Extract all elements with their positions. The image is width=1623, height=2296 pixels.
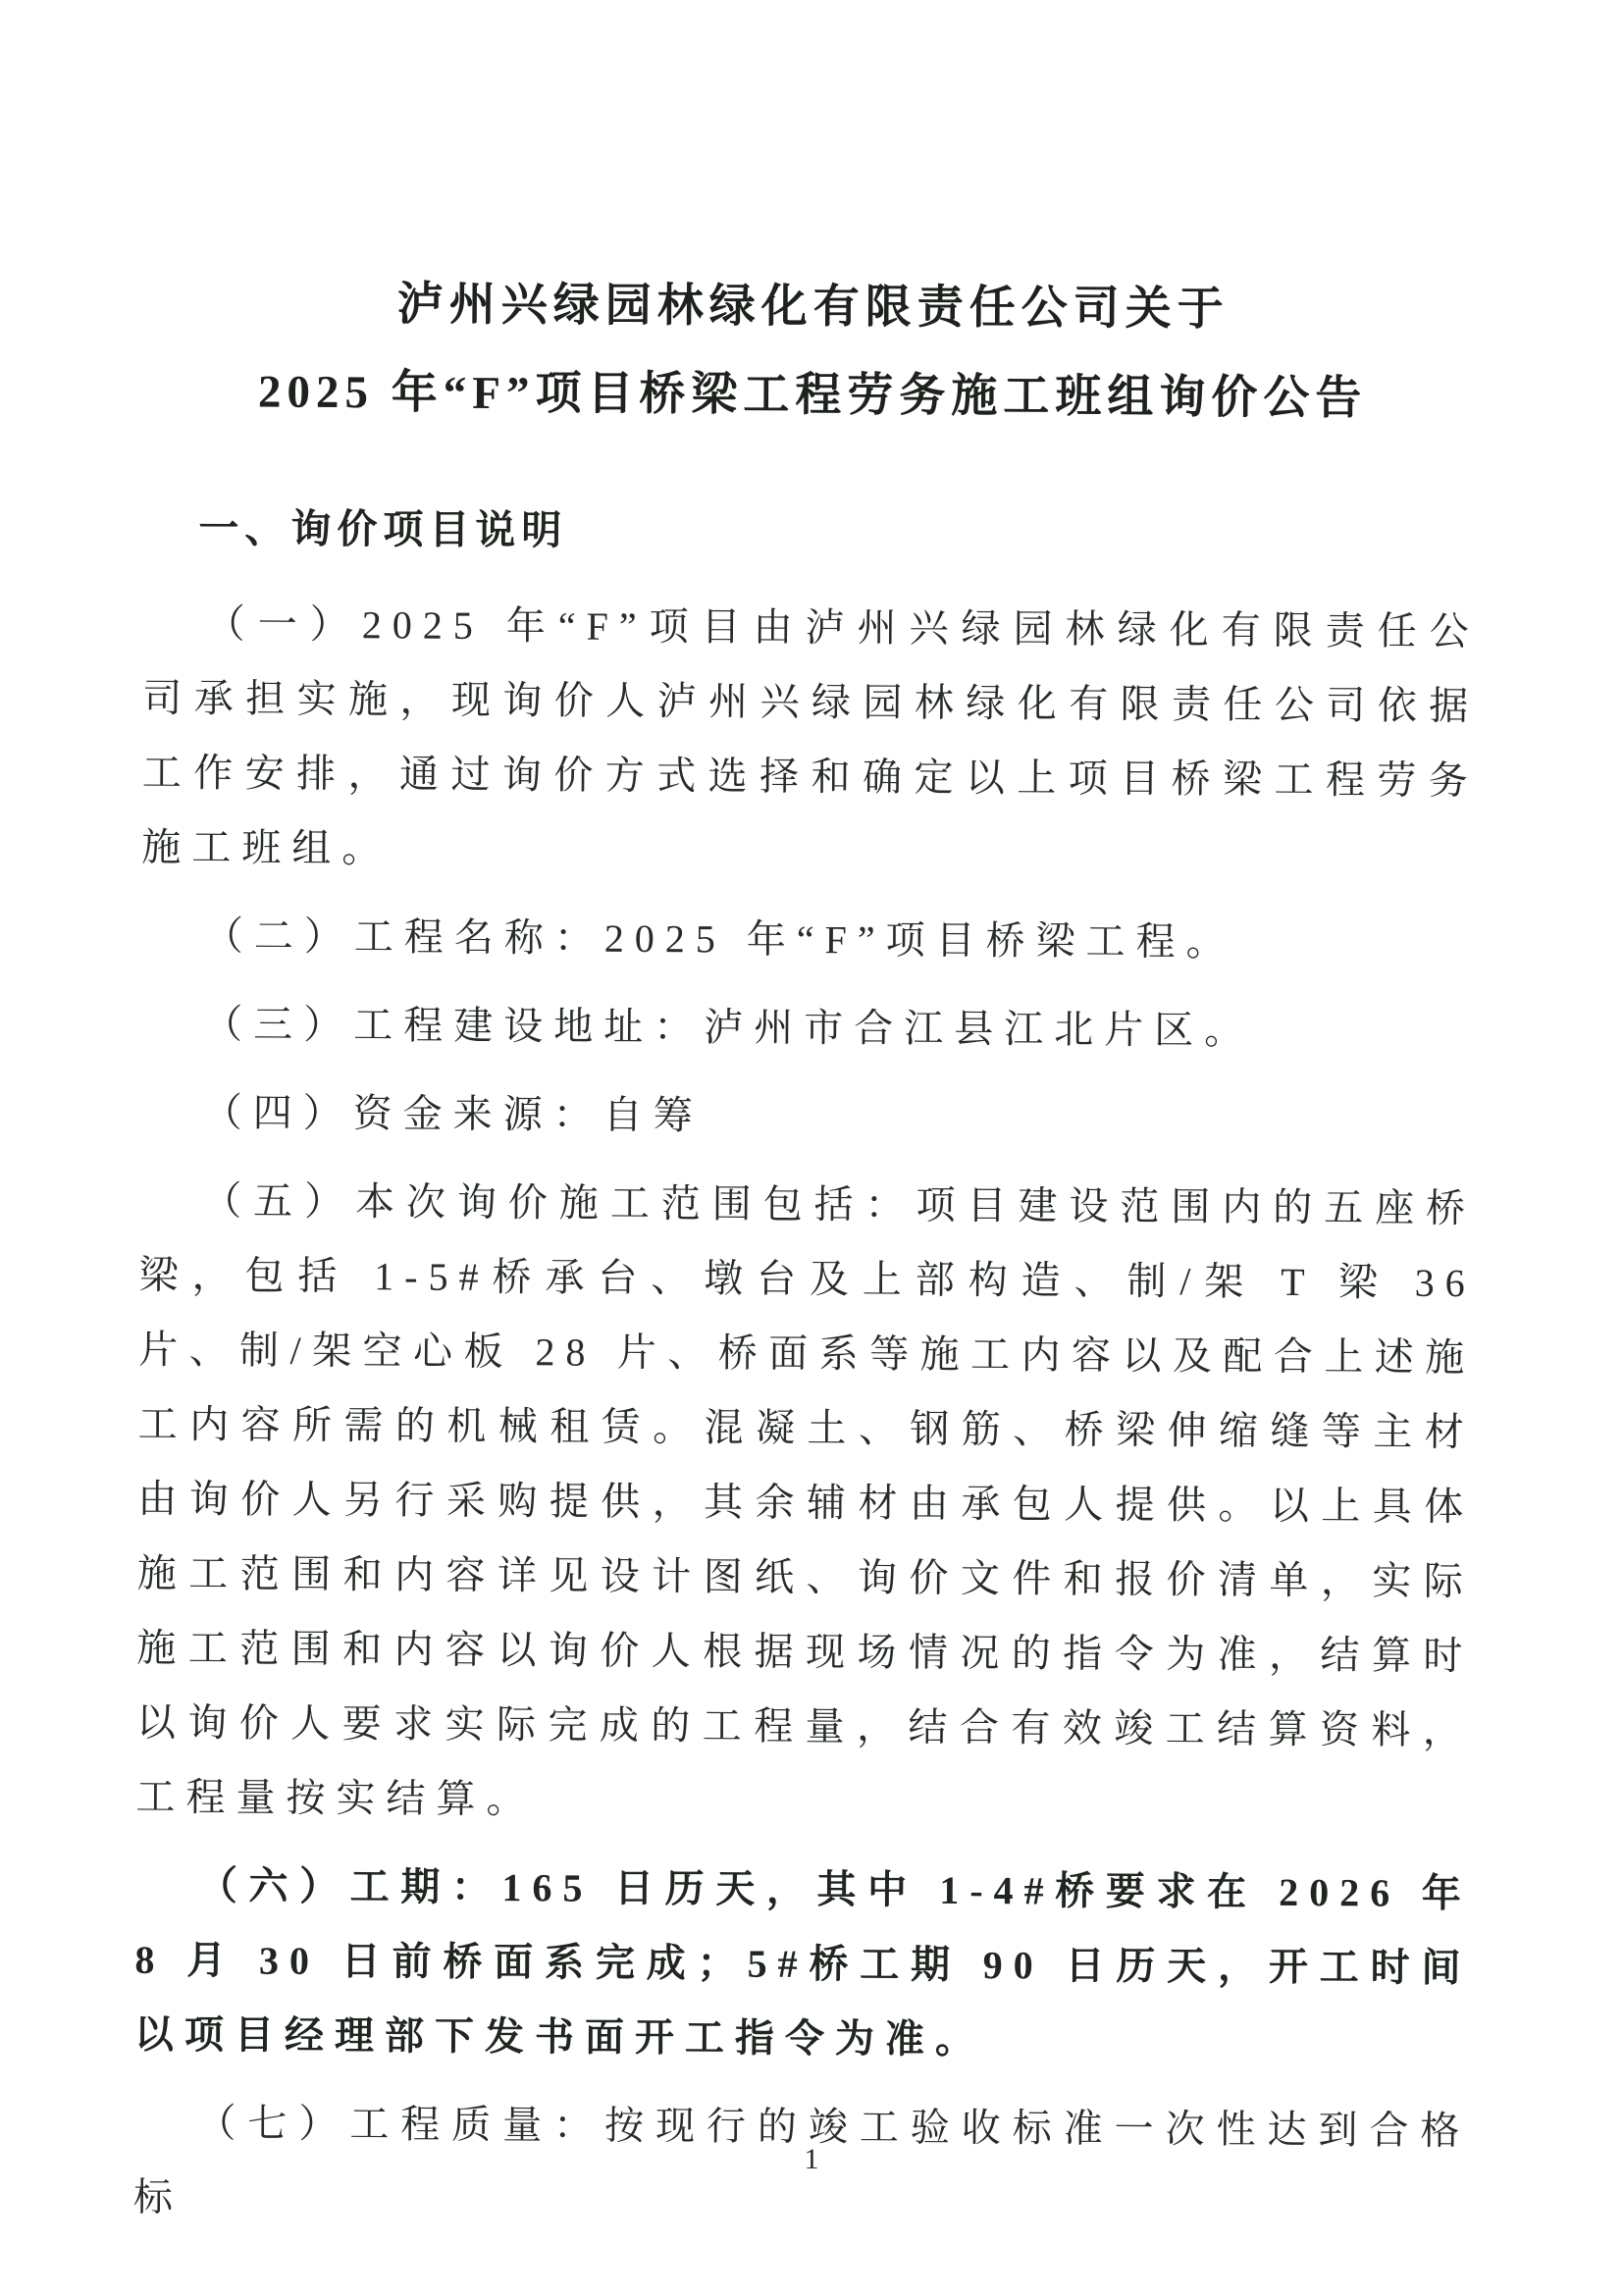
document-page: 泸州兴绿园林绿化有限责任公司关于 2025 年“F”项目桥梁工程劳务施工班组询价… bbox=[0, 0, 1623, 2296]
paragraph-1: （一）2025 年“F”项目由泸州兴绿园林绿化有限责任公司承担实施，现询价人泸州… bbox=[141, 587, 1480, 893]
document-title: 泸州兴绿园林绿化有限责任公司关于 2025 年“F”项目桥梁工程劳务施工班组询价… bbox=[144, 259, 1482, 444]
section-heading: 一、询价项目说明 bbox=[143, 491, 1480, 575]
title-line-2: 2025 年“F”项目桥梁工程劳务施工班组询价公告 bbox=[144, 347, 1482, 444]
title-line-1: 泸州兴绿园林绿化有限责任公司关于 bbox=[144, 259, 1482, 356]
paragraph-2: （二）工程名称：2025 年“F”项目桥梁工程。 bbox=[141, 899, 1478, 981]
document-content: 泸州兴绿园林绿化有限责任公司关于 2025 年“F”项目桥梁工程劳务施工班组询价… bbox=[133, 259, 1482, 2258]
paragraph-3: （三）工程建设地址：泸州市合江县江北片区。 bbox=[140, 987, 1477, 1070]
page-number: 1 bbox=[0, 2143, 1623, 2176]
paragraph-6: （六）工期：165 日历天，其中 1-4#桥要求在 2026 年 8 月 30 … bbox=[134, 1849, 1472, 2080]
paragraph-5: （五）本次询价施工范围包括：项目建设范围内的五座桥梁，包括 1-5#桥承台、墩台… bbox=[135, 1164, 1476, 1843]
paragraph-4: （四）资金来源：自筹 bbox=[139, 1075, 1476, 1158]
